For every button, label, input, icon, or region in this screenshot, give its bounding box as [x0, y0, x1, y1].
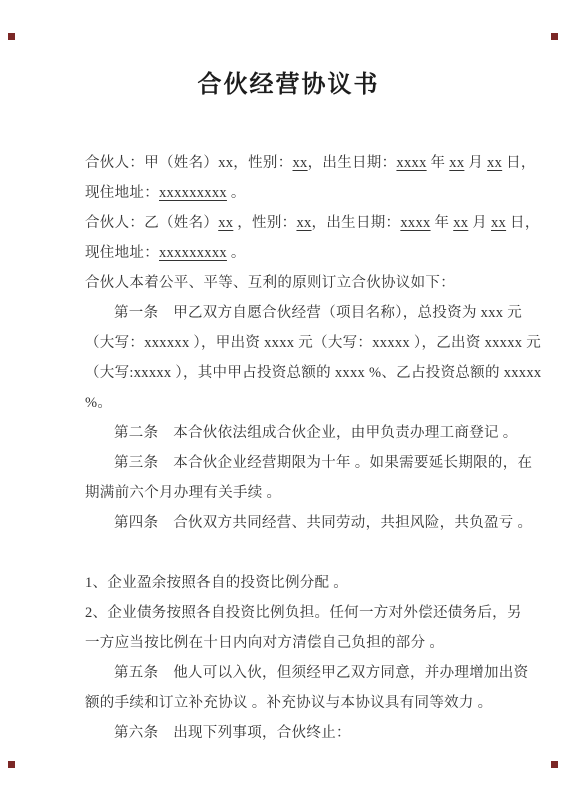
- blank-field: xx: [296, 215, 311, 231]
- blank-field: xx: [491, 215, 506, 231]
- text-run: 第三条 本合伙企业经营期限为十年 。如果需要延长期限的，在: [114, 455, 532, 471]
- doc-line: （大写:xxxxx ），其中甲占投资总额的 xxxx %、乙占投资总额的 xxx…: [85, 358, 492, 388]
- text-run: 额的手续和订立补充协议 。补充协议与本协议具有同等效力 。: [85, 695, 492, 711]
- blank-field: xx: [218, 215, 233, 231]
- doc-line: （大写：xxxxxx ），甲出资 xxxx 元（大写：xxxxx ），乙出资 x…: [85, 328, 492, 358]
- doc-line: 第四条 合伙双方共同经营、共同劳动，共担风险，共负盈亏 。: [85, 508, 492, 538]
- blank-field: xx: [487, 155, 502, 171]
- doc-line: 现住地址：xxxxxxxxx 。: [85, 178, 492, 208]
- text-run: 现住地址：: [85, 185, 159, 201]
- doc-line: 第二条 本合伙依法组成合伙企业，由甲负责办理工商登记 。: [85, 418, 492, 448]
- text-run: 第一条 甲乙双方自愿合伙经营（项目名称），总投资为 xxx 元: [114, 305, 522, 321]
- doc-line: %。: [85, 388, 492, 418]
- text-run: 现住地址：: [85, 245, 159, 261]
- doc-line: 第一条 甲乙双方自愿合伙经营（项目名称），总投资为 xxx 元: [85, 298, 492, 328]
- text-run: 年: [431, 215, 454, 231]
- text-run: %。: [85, 395, 112, 411]
- blank-field: xx: [453, 215, 468, 231]
- text-run: 一方应当按比例在十日内向对方清偿自己负担的部分 。: [85, 635, 444, 651]
- blank-field: xxxxxxxxx: [159, 245, 227, 261]
- doc-line: 第六条 出现下列事项，合伙终止：: [85, 718, 492, 748]
- text-run: 第六条 出现下列事项，合伙终止：: [114, 725, 351, 741]
- text-run: 第五条 他人可以入伙，但须经甲乙双方同意，并办理增加出资: [114, 665, 528, 681]
- text-run: ，性别：: [233, 215, 296, 231]
- doc-line: 2、企业债务按照各自投资比例负担。任何一方对外偿还债务后，另: [85, 598, 492, 628]
- text-run: 。: [227, 185, 246, 201]
- doc-line: 合伙人：甲（姓名）xx，性别：xx，出生日期：xxxx 年 xx 月 xx 日，: [85, 148, 492, 178]
- doc-line: 第五条 他人可以入伙，但须经甲乙双方同意，并办理增加出资: [85, 658, 492, 688]
- text-run: 合伙人：甲（姓名）xx，性别：: [85, 155, 293, 171]
- blank-field: xx: [293, 155, 308, 171]
- blank-field: xxxx: [396, 155, 426, 171]
- text-run: 日，: [502, 155, 536, 171]
- text-run: ，出生日期：: [312, 215, 401, 231]
- text-run: 年: [427, 155, 450, 171]
- blank-field: xxxxxxxxx: [159, 185, 227, 201]
- text-run: ，出生日期：: [308, 155, 397, 171]
- text-run: 月: [468, 215, 491, 231]
- document-page: 合伙经营协议书 合伙人：甲（姓名）xx，性别：xx，出生日期：xxxx 年 xx…: [0, 0, 566, 800]
- doc-line: 现住地址：xxxxxxxxx 。: [85, 238, 492, 268]
- doc-line: 1、企业盈余按照各自的投资比例分配 。: [85, 568, 492, 598]
- text-run: 合伙人本着公平、平等、互利的原则订立合伙协议如下：: [85, 275, 455, 291]
- doc-line: 合伙人：乙（姓名）xx ，性别：xx，出生日期：xxxx 年 xx 月 xx 日…: [85, 208, 492, 238]
- text-run: 期满前六个月办理有关手续 。: [85, 485, 281, 501]
- text-run: 第四条 合伙双方共同经营、共同劳动，共担风险，共负盈亏 。: [114, 515, 532, 531]
- text-run: 1、企业盈余按照各自的投资比例分配 。: [85, 575, 348, 591]
- document-body-area: 合伙经营协议书 合伙人：甲（姓名）xx，性别：xx，出生日期：xxxx 年 xx…: [0, 0, 566, 800]
- doc-line: 期满前六个月办理有关手续 。: [85, 478, 492, 508]
- text-run: 月: [464, 155, 487, 171]
- doc-line: 额的手续和订立补充协议 。补充协议与本协议具有同等效力 。: [85, 688, 492, 718]
- text-run: 。: [227, 245, 246, 261]
- text-run: 第二条 本合伙依法组成合伙企业，由甲负责办理工商登记 。: [114, 425, 518, 441]
- blank-field: xx: [449, 155, 464, 171]
- text-run: （大写:xxxxx ），其中甲占投资总额的 xxxx %、乙占投资总额的 xxx…: [85, 365, 541, 381]
- doc-body: 合伙人：甲（姓名）xx，性别：xx，出生日期：xxxx 年 xx 月 xx 日，…: [85, 148, 492, 748]
- document-title: 合伙经营协议书: [85, 70, 492, 100]
- doc-line: 合伙人本着公平、平等、互利的原则订立合伙协议如下：: [85, 268, 492, 298]
- text-run: 日，: [506, 215, 540, 231]
- doc-line: 一方应当按比例在十日内向对方清偿自己负担的部分 。: [85, 628, 492, 658]
- blank-field: xxxx: [400, 215, 430, 231]
- doc-line: 第三条 本合伙企业经营期限为十年 。如果需要延长期限的，在: [85, 448, 492, 478]
- text-run: 2、企业债务按照各自投资比例负担。任何一方对外偿还债务后，另: [85, 605, 522, 621]
- text-run: 合伙人：乙（姓名）: [85, 215, 218, 231]
- text-run: （大写：xxxxxx ），甲出资 xxxx 元（大写：xxxxx ），乙出资 x…: [85, 335, 541, 351]
